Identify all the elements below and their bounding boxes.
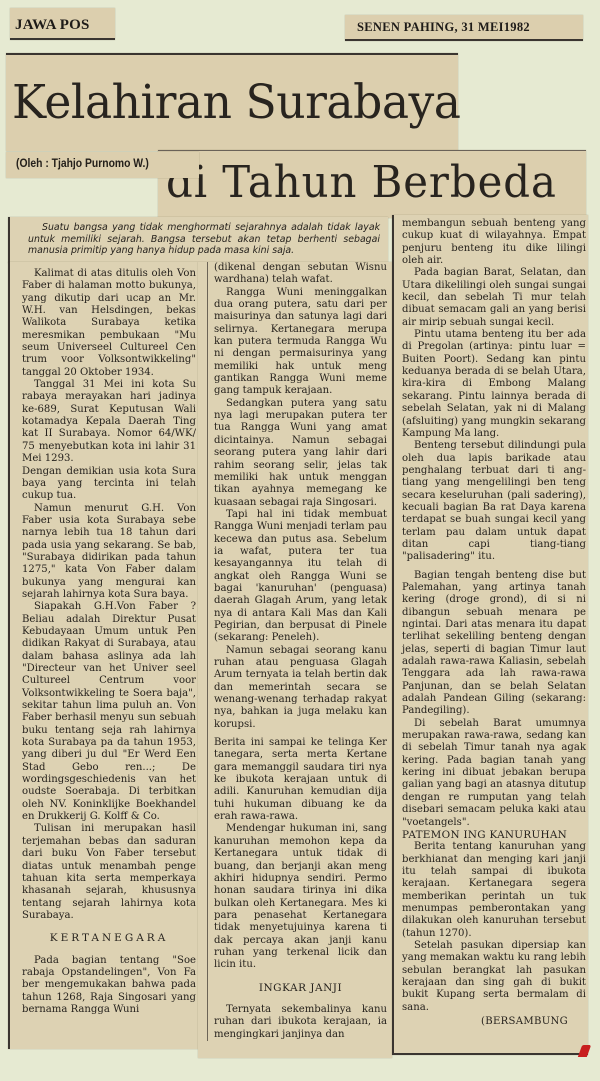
paragraph: Namun sebagai seorang kanu ruhan atau pe… — [214, 645, 387, 731]
article-column-2: (dikenal dengan sebutan Wisnu wardhana) … — [198, 262, 392, 1058]
paragraph: Pintu utama benteng itu ber ada di Prego… — [402, 329, 586, 440]
paragraph: Setelah pasukan dipersiap kan yang memak… — [402, 940, 586, 1014]
paragraph: membangun sebuah benteng yang cukup kuat… — [402, 218, 586, 267]
paragraph: Tanggal 31 Mei ini kota Su rabaya meraya… — [22, 379, 196, 465]
section-heading-patemon-ing-kanuruhan: PATEMON ING KANURUHAN — [402, 829, 586, 841]
continued-marker: (BERSAMBUNG — [402, 1016, 586, 1028]
section-heading-kertanegara: KERTANEGARA — [22, 932, 196, 944]
publication-date: SENEN PAHING, 31 MEI1982 — [357, 20, 530, 35]
newspaper-name: JAWA POS — [15, 17, 90, 34]
paragraph: (dikenal dengan sebutan Wisnu wardhana) … — [214, 262, 387, 287]
paragraph: Berita tentang kanuruhan yang berkhianat… — [402, 841, 586, 940]
paragraph: Benteng tersebut dilindungi pula oleh du… — [402, 440, 586, 563]
paragraph: Tulisan ini merupakan hasil terjemahan b… — [22, 823, 196, 922]
paragraph: Siapakah G.H.Von Faber ? Beliau adalah D… — [22, 601, 196, 823]
paragraph: Tapi hal ini tidak membuat Rangga Wuni m… — [214, 509, 387, 645]
paragraph: Pada bagian Barat, Selatan, dan Utara di… — [402, 267, 586, 329]
paragraph: Sedangkan putera yang satu nya lagi meru… — [214, 398, 387, 509]
headline-strip-1: Kelahiran Surabaya — [6, 53, 458, 151]
column-2-body: (dikenal dengan sebutan Wisnu wardhana) … — [207, 262, 387, 1041]
section-heading-ingkar-janji: INGKAR JANJI — [214, 982, 387, 994]
paragraph: Bagian tengah benteng dise but Palemahan… — [402, 570, 586, 718]
column-1-body: Kalimat di atas ditulis oleh Von Faber d… — [22, 268, 196, 1016]
intro-quote: Suatu bangsa yang tidak menghormati seja… — [8, 217, 388, 263]
paragraph: Mendengar hukuman ini, sang kanuruhan me… — [214, 823, 387, 971]
paragraph: Berita ini sampai ke telinga Ker tanegar… — [214, 737, 387, 823]
byline: (Oleh : Tjahjo Purnomo W.) — [6, 152, 199, 178]
paragraph: Namun menurut G.H. Von Faber usia kota S… — [22, 503, 196, 602]
newspaper-masthead: JAWA POS — [10, 8, 115, 40]
intro-text: Suatu bangsa yang tidak menghormati seja… — [28, 222, 380, 257]
author-credit: (Oleh : Tjahjo Purnomo W.) — [16, 158, 149, 170]
column-3-body: membangun sebuah benteng yang cukup kuat… — [402, 218, 586, 1028]
paragraph: Di sebelah Barat umumnya merupakan rawa-… — [402, 718, 586, 829]
article-column-3: membangun sebuah benteng yang cukup kuat… — [392, 215, 588, 1055]
paragraph: Kalimat di atas ditulis oleh Von Faber d… — [22, 268, 196, 379]
article-column-1: Kalimat di atas ditulis oleh Von Faber d… — [8, 262, 198, 1049]
paragraph: Dengan demikian usia kota Sura baya yang… — [22, 466, 196, 503]
headline-line-1: Kelahiran Surabaya — [12, 75, 460, 130]
headline-strip-2: di Tahun Berbeda — [158, 150, 586, 218]
paragraph: Pada bagian tentang "Soe rabaja Opstande… — [22, 955, 196, 1017]
paragraph: Rangga Wuni meninggalkan dua orang puter… — [214, 287, 387, 398]
paragraph: Ternyata sekembalinya kanu ruhan dari ib… — [214, 1004, 387, 1041]
headline-line-2: di Tahun Berbeda — [166, 157, 557, 208]
dateline: SENEN PAHING, 31 MEI1982 — [345, 15, 583, 41]
